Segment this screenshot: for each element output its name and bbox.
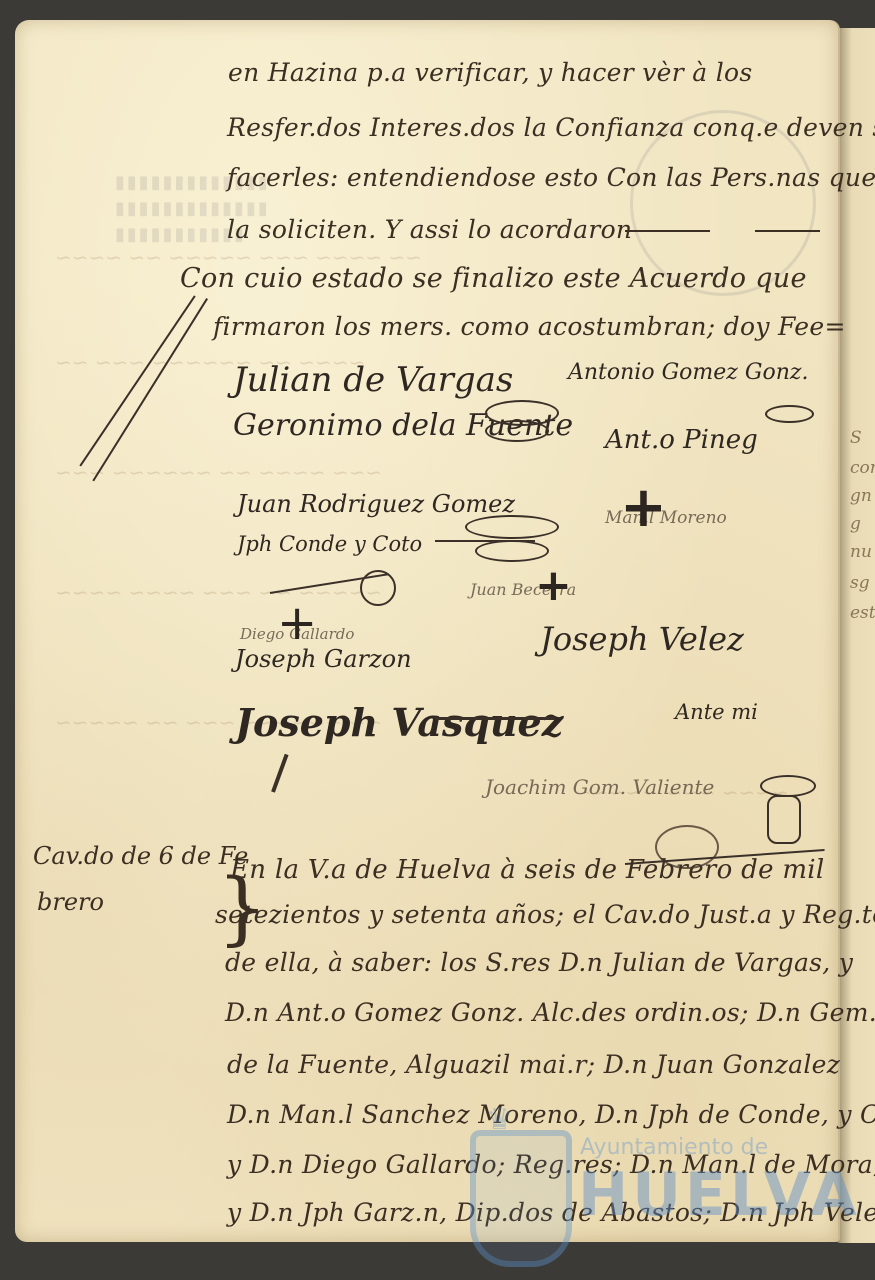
rubric-flourish (485, 420, 549, 442)
coat-of-arms-shield-icon (470, 1130, 572, 1267)
body-line-4: la soliciten. Y assi lo acordaron (227, 215, 632, 244)
watermark-top-text: Ayuntamiento de (580, 1135, 768, 1160)
adjacent-page-fragment: com (850, 458, 875, 478)
body-line-1: en Hazina p.a verificar, y hacer vèr à l… (228, 58, 753, 87)
pen-stroke (435, 540, 535, 542)
manuscript-page: ~~ ~~~~ ~~~ ~~~~~ ~~ ~~~~ ~~~~ ~~ ~~~~~~… (15, 20, 838, 1242)
body-line-6: firmaron los mers. como acostumbran; doy… (213, 312, 846, 341)
margin-note-line-1: Cav.do de 6 de Fe (33, 842, 248, 870)
line-filler-dash (755, 230, 820, 232)
entry-line-5: de la Fuente, Alguazil mai.r; D.n Juan G… (227, 1050, 840, 1079)
pen-stroke (92, 298, 207, 481)
rubric-flourish (760, 775, 816, 797)
pen-stroke (435, 717, 555, 720)
adjacent-page-fragment: esta (850, 603, 875, 623)
signature-ante-mi: Ante mi (675, 700, 758, 724)
adjacent-page-edge: S com gn g nu sg esta (836, 28, 875, 1243)
cross-mark: + (620, 475, 667, 540)
margin-note-line-2: brero (37, 888, 104, 916)
entry-line-1: En la V.a de Huelva à seis de Febrero de… (230, 855, 825, 885)
signature-joseph-vasquez: Joseph Vasquez (235, 700, 563, 745)
signature-joseph-garzon: Joseph Garzon (235, 645, 412, 673)
signature-antonio-gomez: Antonio Gomez Gonz. (568, 360, 808, 385)
line-filler-dash (625, 230, 710, 232)
watermark-bottom-text: HUELVA (578, 1160, 861, 1230)
rubric-flourish (765, 405, 814, 423)
signature-juan-rodriguez-gomez: Juan Rodriguez Gomez (237, 490, 515, 518)
signature-julian-de-vargas: Julian de Vargas (233, 360, 513, 400)
adjacent-page-fragment: gn (850, 486, 872, 506)
signature-antonio-pineg: Ant.o Pineg (605, 425, 758, 455)
signature-joachim-gomez-valiente: Joachim Gom. Valiente (485, 775, 714, 799)
entry-line-3: de ella, à saber: los S.res D.n Julian d… (225, 948, 853, 977)
signature-joseph-velez: Joseph Velez (540, 620, 744, 658)
entry-line-4: D.n Ant.o Gomez Gonz. Alc.des ordin.os; … (225, 998, 875, 1027)
body-line-5: Con cuio estado se finalizo este Acuerdo… (180, 263, 807, 294)
pen-stroke (79, 295, 195, 466)
rubric-flourish (767, 795, 801, 844)
adjacent-page-fragment: sg (850, 573, 870, 593)
entry-line-2: setezientos y setenta años; el Cav.do Ju… (215, 900, 875, 929)
body-line-2: Resfer.dos Interes.dos la Confianza conq… (227, 113, 875, 142)
adjacent-page-fragment: nu (850, 542, 872, 562)
archive-watermark: ♛ Ayuntamiento de HUELVA (470, 1110, 875, 1260)
rubric-flourish (475, 540, 549, 562)
adjacent-page-fragment: S (850, 428, 862, 448)
rubric-flourish (465, 515, 559, 539)
signature-jph-conde-y-coto: Jph Conde y Coto (237, 532, 422, 556)
body-line-3: facerles: entendiendose esto Con las Per… (227, 163, 875, 192)
cross-mark: + (277, 595, 317, 651)
cross-mark: + (535, 560, 572, 611)
pen-stroke (271, 754, 288, 793)
adjacent-page-fragment: g (850, 514, 861, 534)
